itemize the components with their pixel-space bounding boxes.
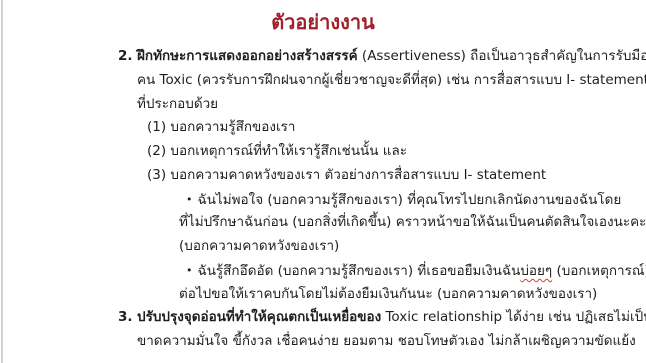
page-title: ตัวอย่างงาน (0, 0, 646, 36)
item-2-line-1-rest: (Assertiveness) ถือเป็นอาวุธสำคัญในการรั… (358, 48, 646, 64)
bullet-icon: • (186, 259, 193, 283)
item-2-line-3: ที่ประกอบด้วย (0, 93, 646, 117)
item-3-number: 3. (118, 306, 137, 330)
item-3-line-2: ขาดความมั่นใจ ขี้กังวล เชื่อคนง่าย ยอมตา… (0, 330, 646, 354)
item-3-line-1: 3.ปรับปรุงจุดอ่อนที่ทำให้คุณตกเป็นเหยื่อ… (0, 306, 646, 330)
item-2-bullet-1-line-2: ที่ไม่ปรึกษาฉันก่อน (บอกสิ่งที่เกิดขึ้น)… (0, 211, 646, 235)
item-2-number: 2. (118, 45, 137, 69)
item-3-line-1-rest: Toxic relationship ได้ง่าย เช่น ปฏิเสธไม… (381, 309, 646, 325)
bullet-icon: • (186, 188, 193, 212)
item-2-sub-2: (2) บอกเหตุการณ์ที่ทำให้เรารู้สึกเช่นนั้… (0, 140, 646, 164)
bullet-1-text: ฉันไม่พอใจ (บอกความรู้สึกของเรา) ที่คุณโ… (198, 192, 622, 208)
item-2-sub-3: (3) บอกความคาดหวังของเรา ตัวอย่างการสื่อ… (0, 164, 646, 188)
item-2-line-2: คน Toxic (ควรรับการฝึกฝนจากผู้เชี่ยวชาญจ… (0, 69, 646, 93)
bullet-2-text-post: (บอกเหตุการณ์) (552, 263, 646, 279)
document-page: ตัวอย่างงาน 2.ฝึกทักษะการแสดงออกอย่างสร้… (0, 0, 646, 363)
item-2-bullet-2-line-2: ต่อไปขอให้เราคบกันโดยไม่ต้องยืมเงินกันนะ… (0, 283, 646, 307)
item-2-bullet-2-line-1: •ฉันรู้สึกอึดอัด (บอกความรู้สึกของเรา) ท… (0, 259, 646, 283)
item-3-line-1-bold: ปรับปรุงจุดอ่อนที่ทำให้คุณตกเป็นเหยื่อขอ… (137, 309, 381, 325)
item-2-line-1: 2.ฝึกทักษะการแสดงออกอย่างสร้างสรรค์ (Ass… (0, 45, 646, 69)
document-body: 2.ฝึกทักษะการแสดงออกอย่างสร้างสรรค์ (Ass… (0, 45, 646, 354)
item-2-sub-1: (1) บอกความรู้สึกของเรา (0, 116, 646, 140)
item-2-bullet-1-line-1: •ฉันไม่พอใจ (บอกความรู้สึกของเรา) ที่คุณ… (0, 188, 646, 212)
item-2-bullet-1-line-3: (บอกความคาดหวังของเรา) (0, 235, 646, 259)
misspelled-word: บ่อยๆ (520, 263, 552, 279)
bullet-2-text-pre: ฉันรู้สึกอึดอัด (บอกความรู้สึกของเรา) ที… (198, 263, 521, 279)
item-2-line-1-bold: ฝึกทักษะการแสดงออกอย่างสร้างสรรค์ (137, 48, 358, 64)
